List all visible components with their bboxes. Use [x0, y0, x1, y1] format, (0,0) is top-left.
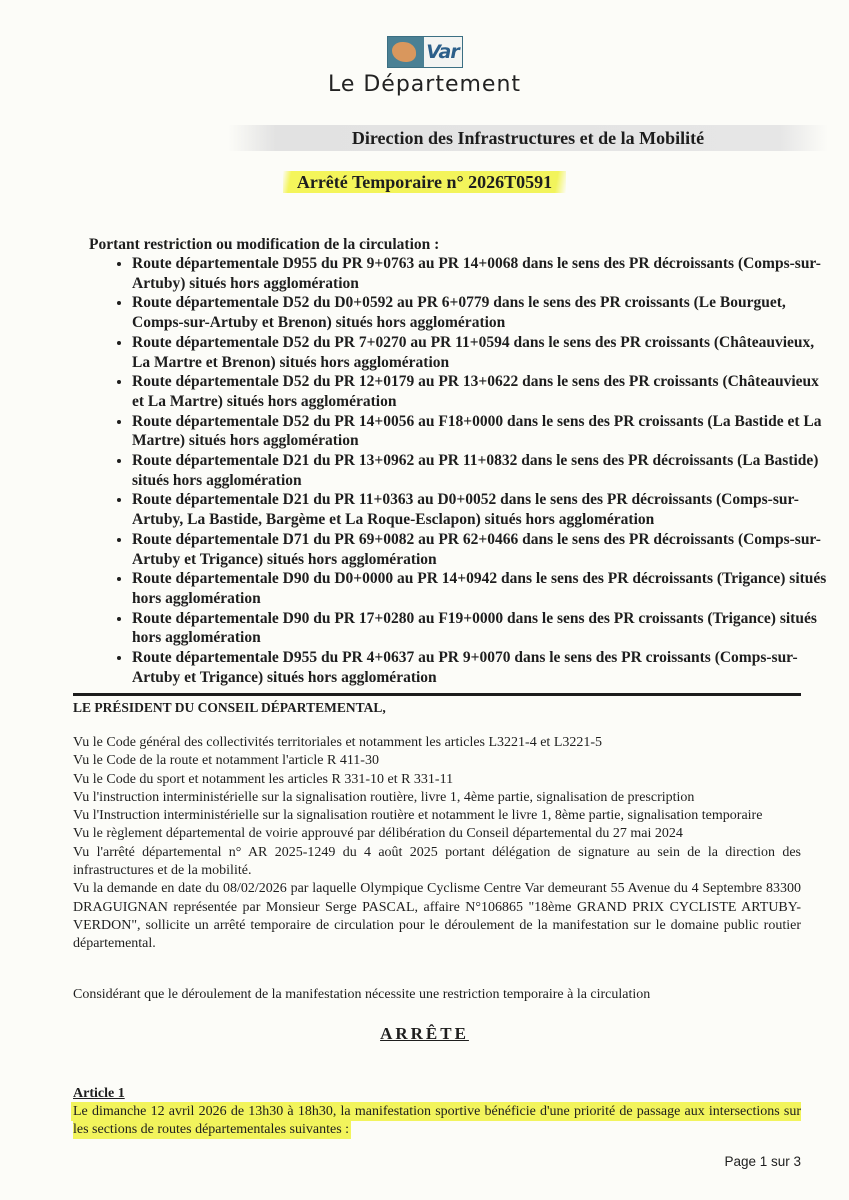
president-heading: LE PRÉSIDENT DU CONSEIL DÉPARTEMENTAL,	[73, 700, 386, 716]
article-1-highlighted: Le dimanche 12 avril 2026 de 13h30 à 18h…	[73, 1104, 801, 1137]
route-item: Route départementale D90 du PR 17+0280 a…	[132, 609, 832, 648]
section-divider	[73, 693, 801, 696]
vu-item: Vu le règlement départemental de voirie …	[73, 825, 801, 843]
var-map-icon	[388, 37, 424, 67]
department-prefix: Le	[328, 72, 355, 97]
logo-text: Var	[424, 37, 462, 67]
route-item: Route départementale D52 du PR 12+0179 a…	[132, 372, 832, 411]
route-item: Route départementale D21 du PR 13+0962 a…	[132, 451, 832, 490]
route-item: Route départementale D90 du D0+0000 au P…	[132, 569, 832, 608]
route-item: Route départementale D52 du D0+0592 au P…	[132, 293, 832, 332]
article-1-text: Le dimanche 12 avril 2026 de 13h30 à 18h…	[73, 1103, 801, 1139]
subject-intro: Portant restriction ou modification de l…	[89, 236, 439, 254]
vu-item: Vu la demande en date du 08/02/2026 par …	[73, 880, 801, 953]
direction-banner: Direction des Infrastructures et de la M…	[228, 125, 828, 151]
page-number: Page 1 sur 3	[724, 1154, 801, 1169]
department-name: Le Département	[0, 72, 849, 97]
department-logo: Var	[0, 36, 849, 68]
vu-item: Vu le Code général des collectivités ter…	[73, 734, 801, 752]
arrete-title: Arrêté Temporaire n° 2026T0591	[0, 172, 849, 193]
arrete-number: Arrêté Temporaire n° 2026T0591	[283, 171, 566, 193]
article-1-label: Article 1	[73, 1086, 125, 1102]
vu-item: Vu le Code de la route et notamment l'ar…	[73, 752, 801, 770]
vu-considerations: Vu le Code général des collectivités ter…	[73, 734, 801, 954]
department-label: Département	[363, 72, 521, 97]
route-item: Route départementale D52 du PR 14+0056 a…	[132, 412, 832, 451]
arrete-heading: ARRÊTE	[0, 1024, 849, 1044]
vu-item: Vu l'arrêté départemental n° AR 2025-124…	[73, 844, 801, 881]
vu-item: Vu l'instruction interministérielle sur …	[73, 789, 801, 807]
considerant: Considérant que le déroulement de la man…	[73, 987, 650, 1003]
route-item: Route départementale D955 du PR 9+0763 a…	[132, 254, 832, 293]
vu-item: Vu le Code du sport et notamment les art…	[73, 771, 801, 789]
route-item: Route départementale D71 du PR 69+0082 a…	[132, 530, 832, 569]
var-logo: Var	[387, 36, 463, 68]
route-item: Route départementale D52 du PR 7+0270 au…	[132, 333, 832, 372]
route-item: Route départementale D21 du PR 11+0363 a…	[132, 490, 832, 529]
route-list: Route départementale D955 du PR 9+0763 a…	[112, 254, 832, 687]
vu-item: Vu l'Instruction interministérielle sur …	[73, 807, 801, 825]
route-item: Route départementale D955 du PR 4+0637 a…	[132, 648, 832, 687]
